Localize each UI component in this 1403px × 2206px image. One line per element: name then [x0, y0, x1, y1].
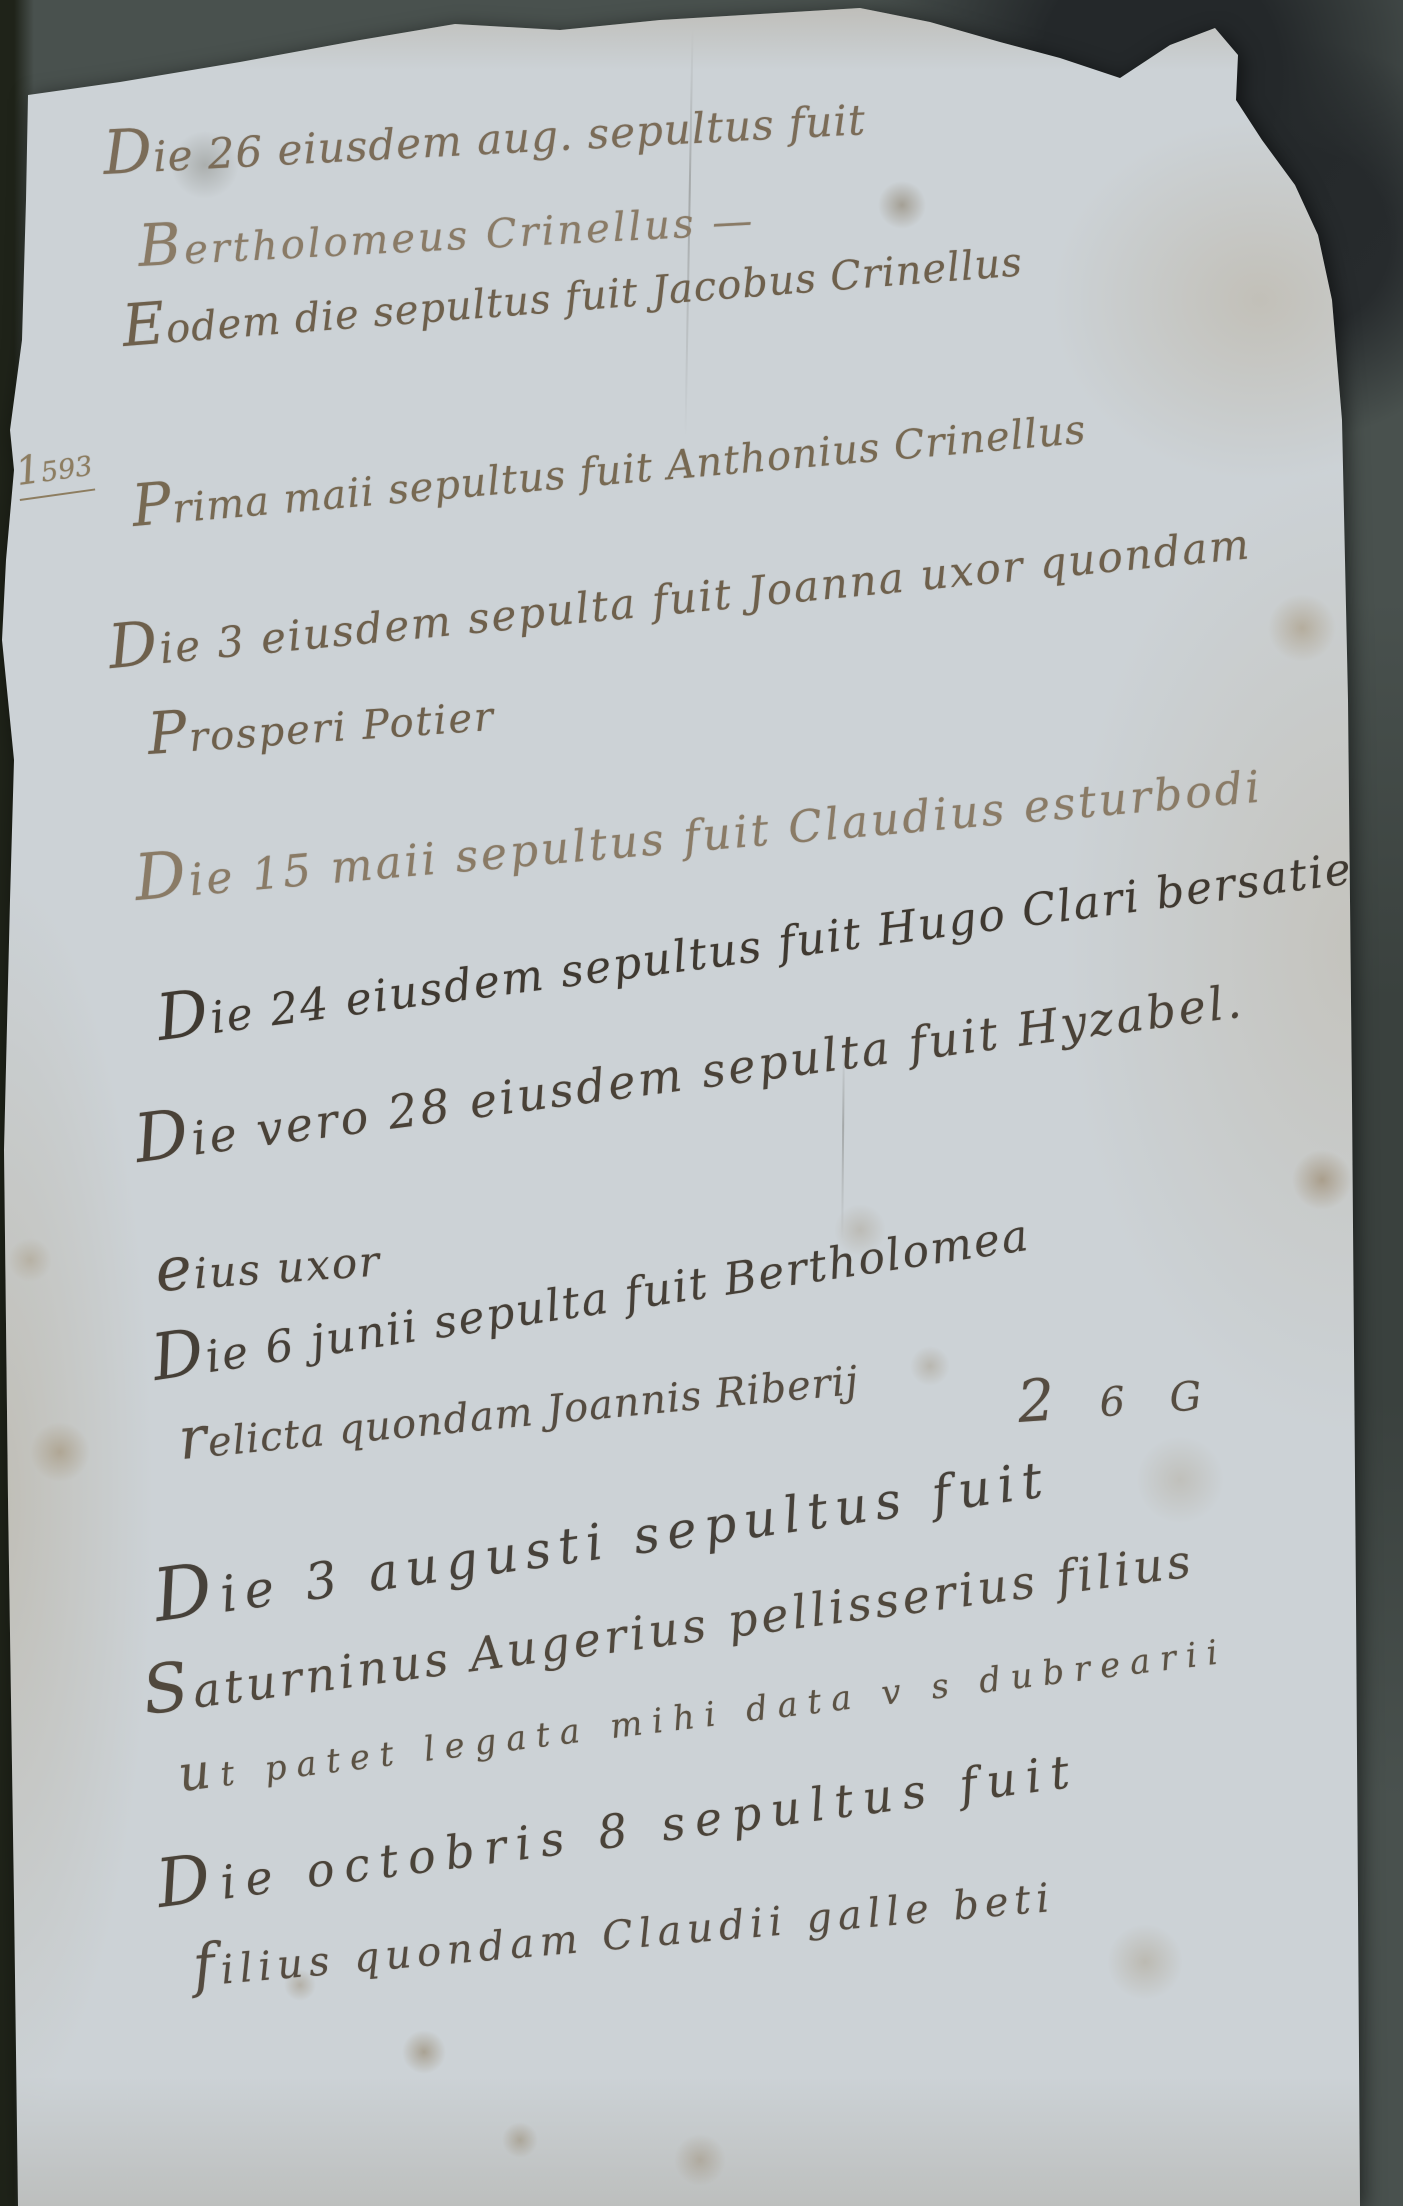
burial-entry-line: Die 26 eiusdem aug. sepultus fuit	[101, 78, 867, 189]
paper-wrapper: 1593 Die 26 eiusdem aug. sepultus fuit B…	[0, 0, 1403, 2206]
margin-year: 1593	[13, 440, 96, 501]
burial-entry-line: Die 3 eiusdem sepulta fuit Joanna uxor q…	[105, 502, 1253, 683]
manuscript-scan: 1593 Die 26 eiusdem aug. sepultus fuit B…	[0, 0, 1403, 2206]
fee-notation: 2 6 G	[1015, 1354, 1219, 1436]
manuscript-page: 1593 Die 26 eiusdem aug. sepultus fuit B…	[0, 0, 1403, 2206]
burial-entry-line: Prima maii sepultus fuit Anthonius Crine…	[129, 389, 1088, 540]
burial-entry-line: Prosperi Potier	[145, 676, 497, 768]
